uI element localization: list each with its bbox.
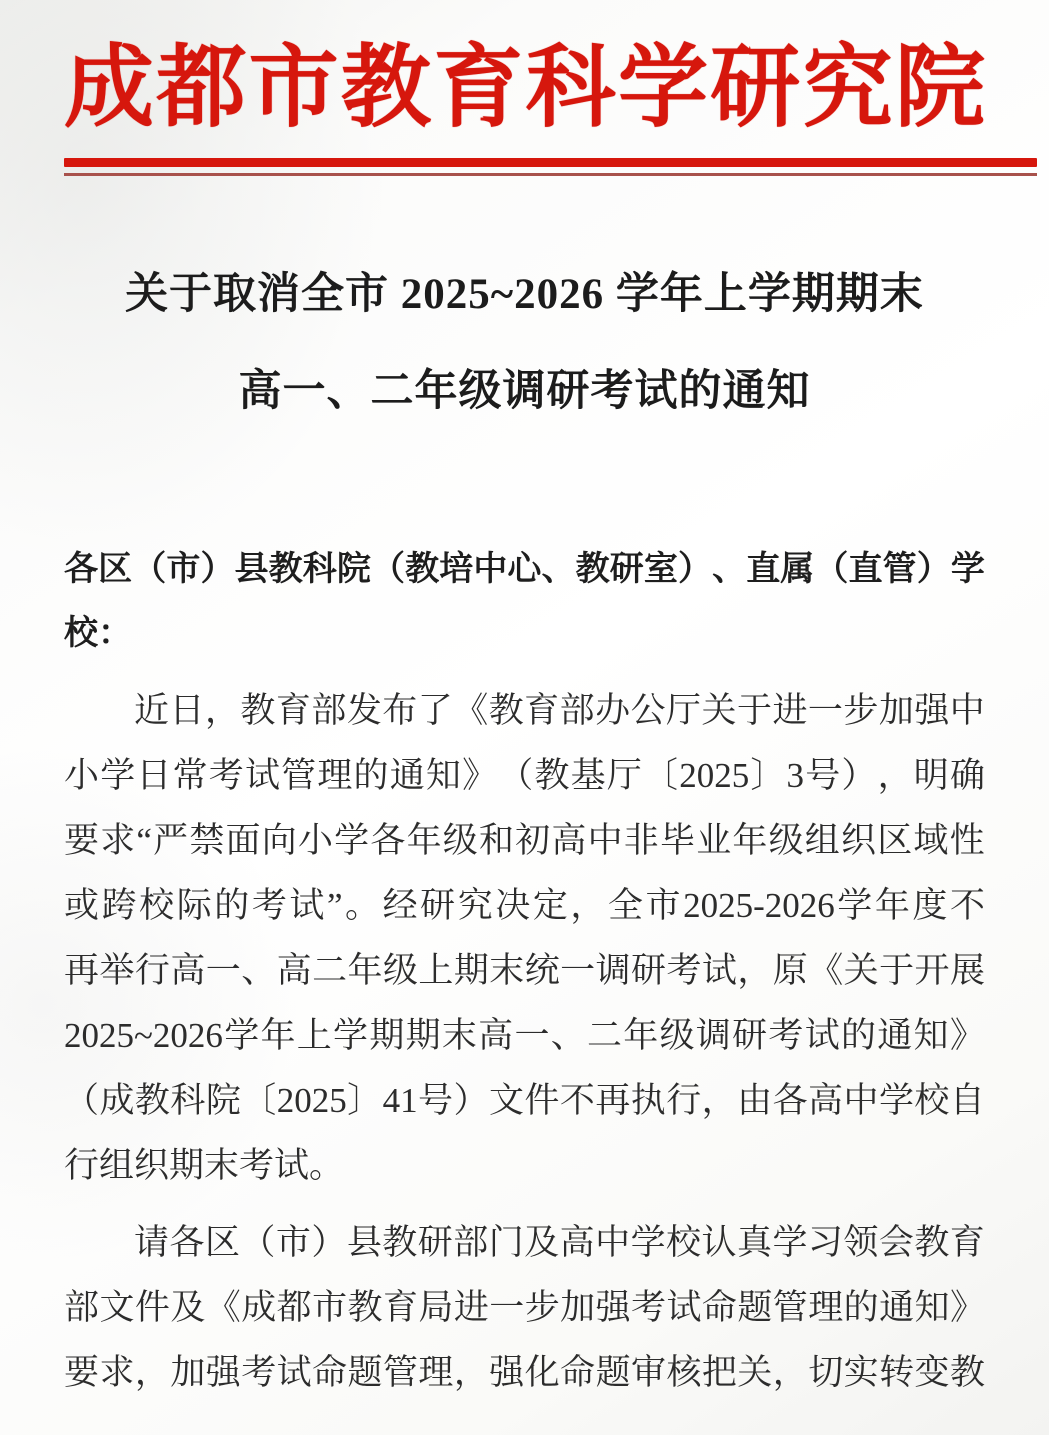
body-line: 请各区（市）县教研部门及高中学校认真学习领会教育 [64, 1210, 985, 1275]
body-line: 要求，加强考试命题管理，强化命题审核把关，切实转变教 [64, 1340, 985, 1405]
notice-title: 关于取消全市 2025~2026 学年上学期期末 高一、二年级调研考试的通知 [0, 246, 1049, 440]
salutation-line: 各区（市）县教科院（教培中心、教研室）、直属（直管）学 [64, 538, 985, 602]
notice-document-page: 成都市教育科学研究院 关于取消全市 2025~2026 学年上学期期末 高一、二… [0, 0, 1049, 1435]
body-line: 部文件及《成都市教育局进一步加强考试命题管理的通知》 [64, 1275, 985, 1340]
salutation: 各区（市）县教科院（教培中心、教研室）、直属（直管）学 校： [64, 538, 985, 666]
body-line: 或跨校际的考试”。经研究决定，全市2025-2026学年度不 [64, 873, 985, 938]
paragraph-1: 近日，教育部发布了《教育部办公厅关于进一步加强中 小学日常考试管理的通知》（教基… [64, 678, 985, 1198]
body-line: 行组织期末考试。 [64, 1133, 985, 1198]
notice-title-line-2: 高一、二年级调研考试的通知 [0, 343, 1049, 440]
body-line: 再举行高一、高二年级上期末统一调研考试，原《关于开展 [64, 938, 985, 1003]
body-line: （成教科院〔2025〕41号）文件不再执行，由各高中学校自 [64, 1068, 985, 1133]
salutation-line: 校： [64, 602, 985, 666]
letterhead: 成都市教育科学研究院 [0, 0, 1049, 155]
body-line: 近日，教育部发布了《教育部办公厅关于进一步加强中 [64, 678, 985, 743]
paragraph-2: 请各区（市）县教研部门及高中学校认真学习领会教育 部文件及《成都市教育局进一步加… [64, 1210, 985, 1405]
letterhead-rule-thin [64, 173, 1037, 176]
notice-title-line-1: 关于取消全市 2025~2026 学年上学期期末 [0, 246, 1049, 343]
body-line: 小学日常考试管理的通知》（教基厅〔2025〕3号），明确 [64, 743, 985, 808]
notice-body: 各区（市）县教科院（教培中心、教研室）、直属（直管）学 校： 近日，教育部发布了… [64, 538, 985, 1405]
letterhead-org-name: 成都市教育科学研究院 [64, 22, 985, 155]
body-line: 要求“严禁面向小学各年级和初高中非毕业年级组织区域性 [64, 808, 985, 873]
letterhead-rule-thick [64, 158, 1037, 167]
body-line: 2025~2026学年上学期期末高一、二年级调研考试的通知》 [64, 1003, 985, 1068]
